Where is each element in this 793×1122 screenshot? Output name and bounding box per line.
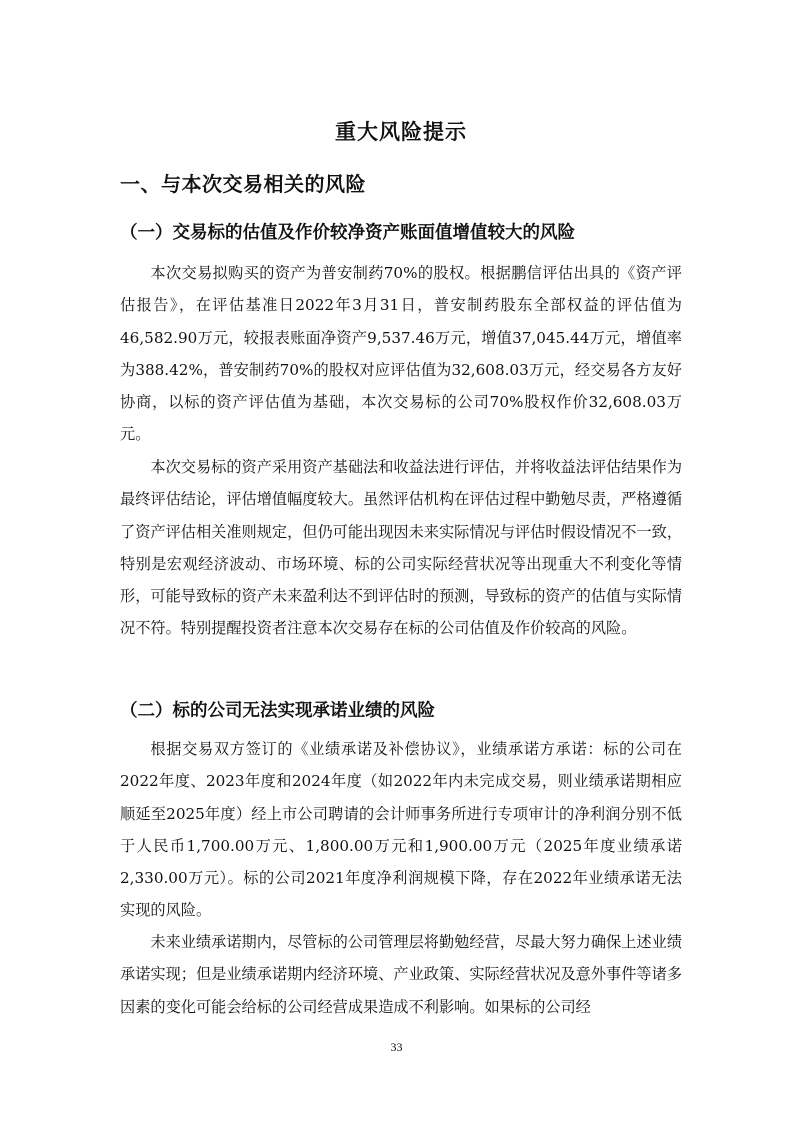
subsection-heading-2: （二）标的公司无法实现承诺业绩的风险	[120, 697, 435, 722]
page-title: 重大风险提示	[120, 116, 682, 146]
subsection-heading-1: （一）交易标的估值及作价较净资产账面值增值较大的风险	[120, 219, 575, 244]
section-heading-1: 一、与本次交易相关的风险	[120, 168, 366, 197]
paragraph-valuation: 本次交易拟购买的资产为普安制药70%的股权。根据鹏信评估出具的《资产评估报告》，…	[120, 257, 682, 451]
page-number: 33	[0, 1040, 793, 1055]
paragraph-commitment-risk: 未来业绩承诺期内，尽管标的公司管理层将勤勉经营，尽最大努力确保上述业绩承诺实现；…	[120, 926, 682, 1023]
paragraph-performance-commitment: 根据交易双方签订的《业绩承诺及补偿协议》，业绩承诺方承诺：标的公司在2022年度…	[120, 733, 682, 927]
paragraph-valuation-risk: 本次交易标的资产采用资产基础法和收益法进行评估，并将收益法评估结果作为最终评估结…	[120, 451, 682, 645]
